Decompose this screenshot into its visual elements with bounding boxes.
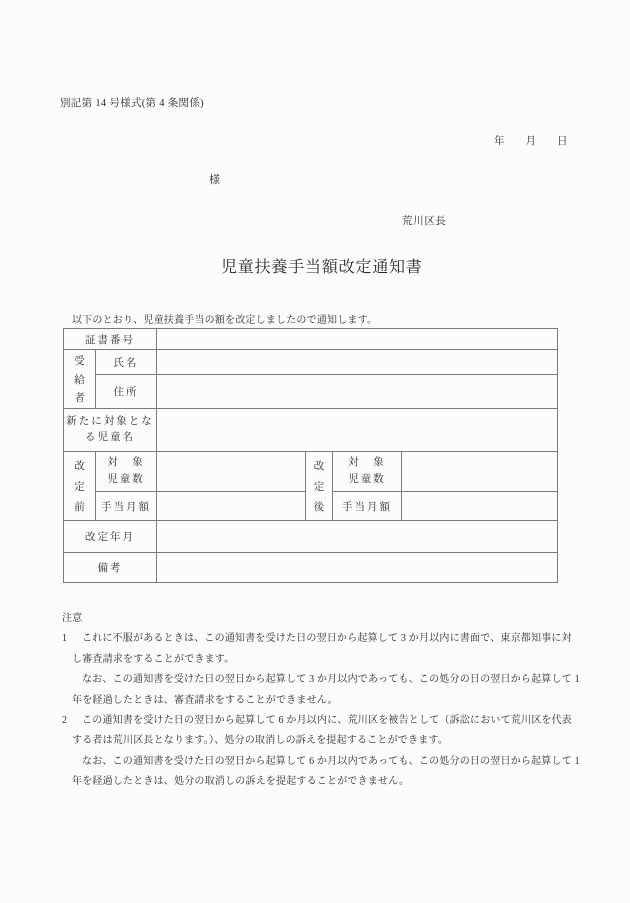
new-target-children-label: 新たに対象とな る児童名 [64,409,157,452]
addressee-honorific: 様 [209,171,220,187]
notice-line-7: なお、この通知書を受けた日の翌日から起算して 6 か月以内であっても、この処分の… [60,752,580,772]
recipient-address-value [157,375,558,409]
date-fill-line: 年 月 日 [494,133,568,148]
form-number-label: 別記第 14 号様式(第 4 条関係) [60,95,204,110]
issuer-name: 荒川区長 [402,213,446,228]
recipient-address-label: 住所 [96,375,157,409]
notice-item-number: 1 [62,629,82,649]
after-monthly-amount-label: 手当月額 [333,492,402,521]
notice-item-number: 2 [62,711,82,731]
remarks-value [157,553,558,583]
notification-table: 証書番号 受 給 者 氏名 住所 新たに対象とな る児童名 [63,328,558,583]
certificate-number-label: 証書番号 [64,329,157,350]
notice-line-2: し審査請求をすることができます。 [60,650,580,670]
before-target-children-label: 対 象 児童数 [96,452,157,492]
before-monthly-amount-label: 手当月額 [96,492,157,521]
before-revision-vertical-label: 改 定 前 [64,452,96,521]
after-monthly-amount-value [402,492,558,521]
new-target-children-value [157,409,558,452]
notice-line-6: する者は荒川区長となります。）、処分の取消しの訴えを提起することができます。 [60,731,580,751]
notice-line-5: 2この通知書を受けた日の翌日から起算して 6 か月以内に、荒川区を被告として（訴… [60,711,580,731]
notice-line-4: 年を経過したときは、審査請求をすることができません。 [60,691,580,711]
intro-text: 以下のとおり、児童扶養手当の額を改定しましたので通知します。 [72,311,377,326]
recipient-name-value [157,350,558,375]
revision-month-label: 改定年月 [64,521,157,553]
notice-heading: 注意 [60,609,580,629]
before-monthly-amount-value [157,492,306,521]
notice-section: 注意 1これに不服があるときは、この通知書を受けた日の翌日から起算して 3 か月… [60,609,580,793]
after-revision-vertical-label: 改 定 後 [306,452,333,521]
after-target-children-label: 対 象 児童数 [333,452,402,492]
remarks-label: 備考 [64,553,157,583]
before-target-children-value [157,452,306,492]
notice-line-3: なお、この通知書を受けた日の翌日から起算して 3 か月以内であっても、この処分の… [60,670,580,690]
recipient-vertical-label: 受 給 者 [64,350,96,409]
notice-line-1: 1これに不服があるときは、この通知書を受けた日の翌日から起算して 3 か月以内に… [60,629,580,649]
revision-month-value [157,521,558,553]
document-page: 別記第 14 号様式(第 4 条関係) 年 月 日 様 荒川区長 児童扶養手当額… [0,0,630,903]
after-target-children-value [402,452,558,492]
recipient-name-label: 氏名 [96,350,157,375]
certificate-number-value [157,329,558,350]
page-title: 児童扶養手当額改定通知書 [221,254,423,277]
notice-line-8: 年を経過したときは、処分の取消しの訴えを提起することができません。 [60,772,580,792]
